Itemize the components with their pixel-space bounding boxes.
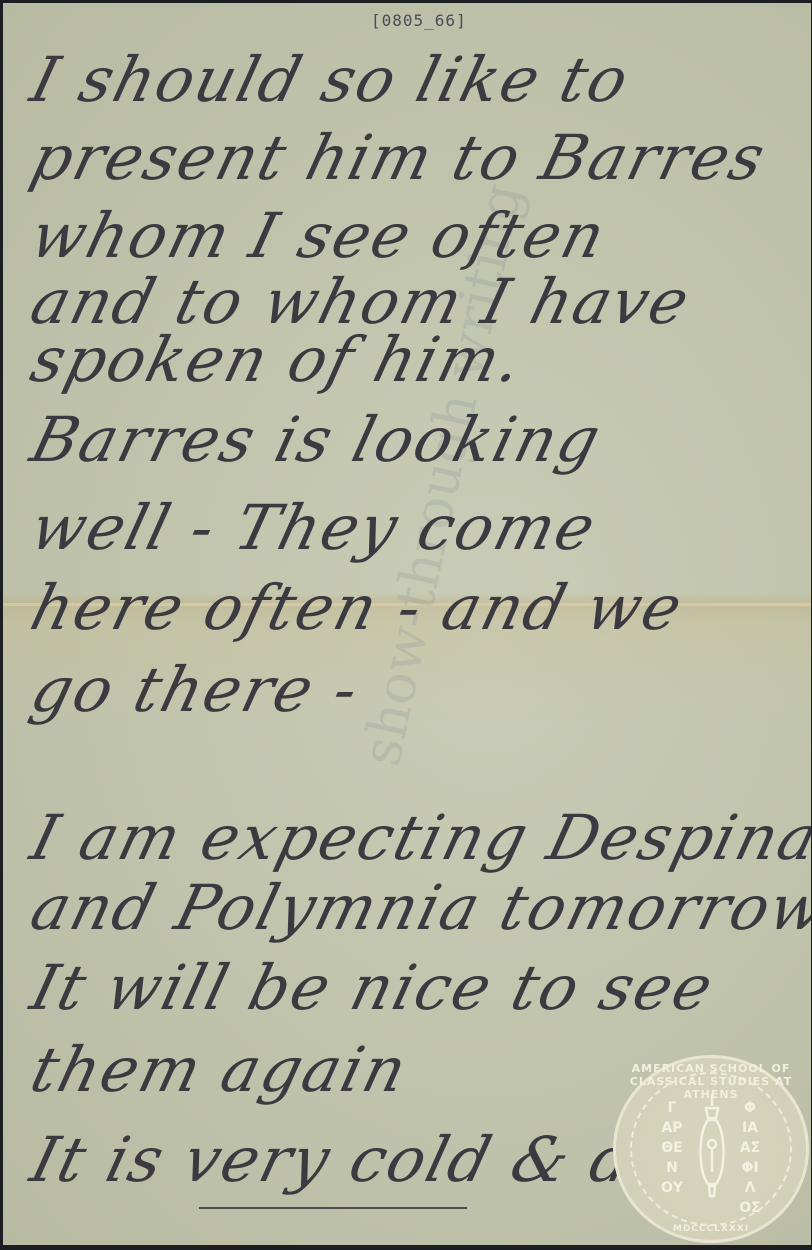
handwritten-line: and Polymnia tomorrow bbox=[24, 871, 811, 944]
greek-letter: ΟΣ bbox=[730, 1198, 770, 1218]
handwritten-line: whom I see often bbox=[24, 199, 614, 272]
handwritten-line: present him to Barres bbox=[24, 121, 774, 194]
greek-letter: Ν bbox=[652, 1158, 692, 1178]
greek-letter: ΘΕ bbox=[652, 1138, 692, 1158]
greek-letter: ΙΑ bbox=[730, 1118, 770, 1138]
handwritten-line: I should so like to bbox=[24, 43, 637, 116]
handwritten-line: I am expecting Despina bbox=[24, 801, 811, 874]
greek-letter: Λ bbox=[730, 1178, 770, 1198]
embossed-seal: AMERICAN SCHOOL OF CLASSICAL STUDIES AT … bbox=[613, 1055, 809, 1243]
archive-id-label: [0805_66] bbox=[371, 11, 467, 30]
greek-letter: ΟΥ bbox=[652, 1178, 692, 1198]
greek-letter: Φ bbox=[730, 1098, 770, 1118]
handwritten-underline bbox=[199, 1207, 467, 1209]
handwritten-line: go there - bbox=[24, 653, 367, 726]
greek-letter: ΑΣ bbox=[730, 1138, 770, 1158]
amphora-icon bbox=[696, 1092, 728, 1202]
seal-date: MDCCCLXXXI bbox=[616, 1224, 806, 1234]
seal-greek-right: Φ ΙΑ ΑΣ ΦΙ Λ ΟΣ bbox=[730, 1098, 770, 1218]
letter-page: show-through writing [0805_66] I should … bbox=[3, 3, 811, 1245]
handwritten-line: Barres is looking bbox=[24, 403, 609, 476]
handwritten-line: them again bbox=[24, 1033, 416, 1106]
handwritten-line: spoken of him. bbox=[24, 323, 531, 396]
handwritten-line: here often - and we bbox=[24, 571, 691, 644]
greek-letter: ΑΡ bbox=[652, 1118, 692, 1138]
greek-letter: Γ bbox=[652, 1098, 692, 1118]
seal-greek-left: Γ ΑΡ ΘΕ Ν ΟΥ bbox=[652, 1098, 692, 1198]
handwritten-line: It will be nice to see bbox=[24, 951, 722, 1024]
handwritten-line: well - They come bbox=[24, 491, 604, 564]
greek-letter: ΦΙ bbox=[730, 1158, 770, 1178]
